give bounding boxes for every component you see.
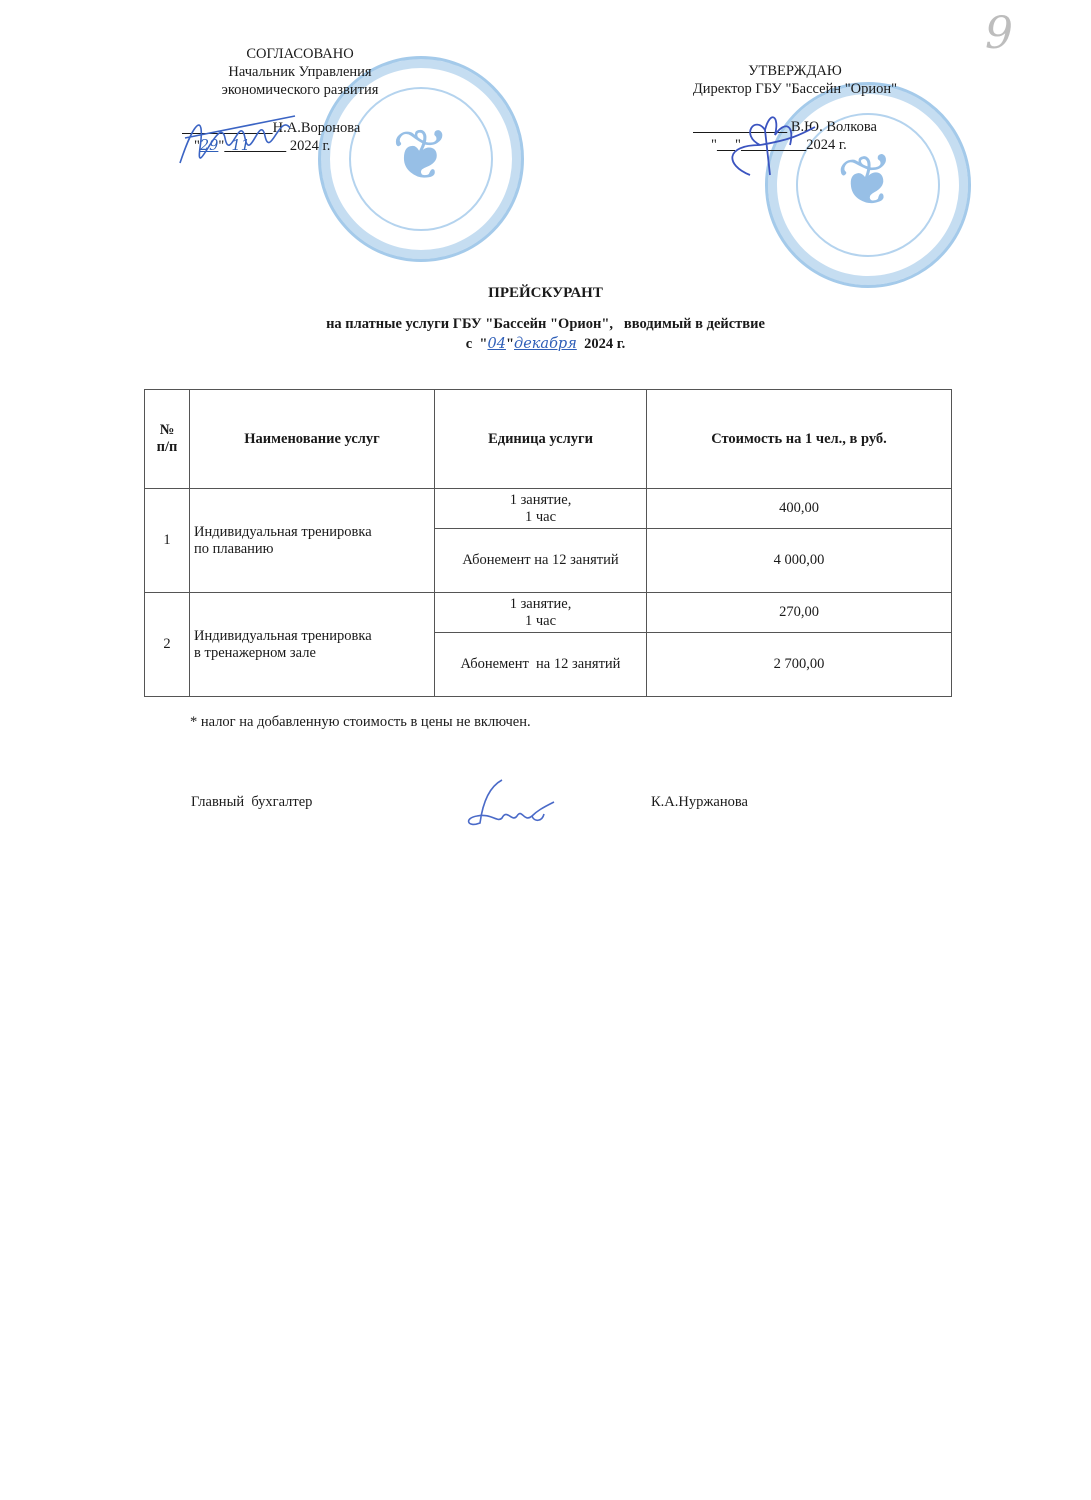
unit-line1: 1 занятие, — [439, 596, 642, 613]
column-header-number: №п/п — [145, 390, 190, 489]
service-unit: Абонемент на 12 занятий — [435, 633, 647, 697]
row-number: 2 — [145, 593, 190, 697]
service-price: 400,00 — [647, 489, 952, 529]
left-handwritten-signature — [175, 108, 305, 168]
chief-accountant-name: К.А.Нуржанова — [651, 794, 748, 811]
unit-line2: 1 час — [439, 613, 642, 630]
effective-date-day: 04 — [487, 336, 505, 352]
effective-date-line: с "04"декабря 2024 г. — [0, 336, 1091, 353]
effective-date-year: 2024 г. — [584, 336, 625, 352]
service-name-line1: Индивидуальная тренировка — [194, 628, 430, 645]
chief-accountant-label: Главный бухгалтер — [191, 794, 312, 811]
service-price: 2 700,00 — [647, 633, 952, 697]
left-approval-position-line2: экономического развития — [170, 81, 430, 99]
service-name-line2: в тренажерном зале — [194, 645, 430, 662]
row-number: 1 — [145, 489, 190, 593]
column-header-price: Стоимость на 1 чел., в руб. — [647, 390, 952, 489]
vat-footnote: * налог на добавленную стоимость в цены … — [190, 714, 531, 731]
left-approval-position-line1: Начальник Управления — [170, 63, 430, 81]
service-price: 270,00 — [647, 593, 952, 633]
service-price: 4 000,00 — [647, 529, 952, 593]
right-handwritten-signature — [720, 105, 830, 180]
table-header-row: №п/п Наименование услуг Единица услуги С… — [145, 390, 952, 489]
chief-accountant-signature — [462, 778, 562, 833]
right-approval-position: Директор ГБУ "Бассейн "Орион" — [665, 80, 925, 98]
right-approval-heading: УТВЕРЖДАЮ — [665, 62, 925, 80]
effective-date-prefix: с " — [466, 336, 488, 352]
column-header-unit: Единица услуги — [435, 390, 647, 489]
column-header-service-name: Наименование услуг — [190, 390, 435, 489]
service-unit: 1 занятие, 1 час — [435, 593, 647, 633]
document-title: ПРЕЙСКУРАНТ — [0, 285, 1091, 302]
unit-line1: 1 занятие, — [439, 492, 642, 509]
table-row: 1 Индивидуальная тренировка по плаванию … — [145, 489, 952, 529]
table-row: 2 Индивидуальная тренировка в тренажерно… — [145, 593, 952, 633]
service-unit: Абонемент на 12 занятий — [435, 529, 647, 593]
service-name-line2: по плаванию — [194, 541, 430, 558]
document-subtitle: на платные услуги ГБУ "Бассейн "Орион", … — [0, 316, 1091, 333]
unit-line2: 1 час — [439, 509, 642, 526]
service-name: Индивидуальная тренировка по плаванию — [190, 489, 435, 593]
service-name-line1: Индивидуальная тренировка — [194, 524, 430, 541]
service-name: Индивидуальная тренировка в тренажерном … — [190, 593, 435, 697]
service-unit: 1 занятие, 1 час — [435, 489, 647, 529]
effective-date-month: декабря — [514, 336, 577, 352]
left-approval-heading: СОГЛАСОВАНО — [170, 45, 430, 63]
page-number-mark: 9 — [985, 8, 1013, 59]
price-list-table: №п/п Наименование услуг Единица услуги С… — [144, 389, 952, 697]
